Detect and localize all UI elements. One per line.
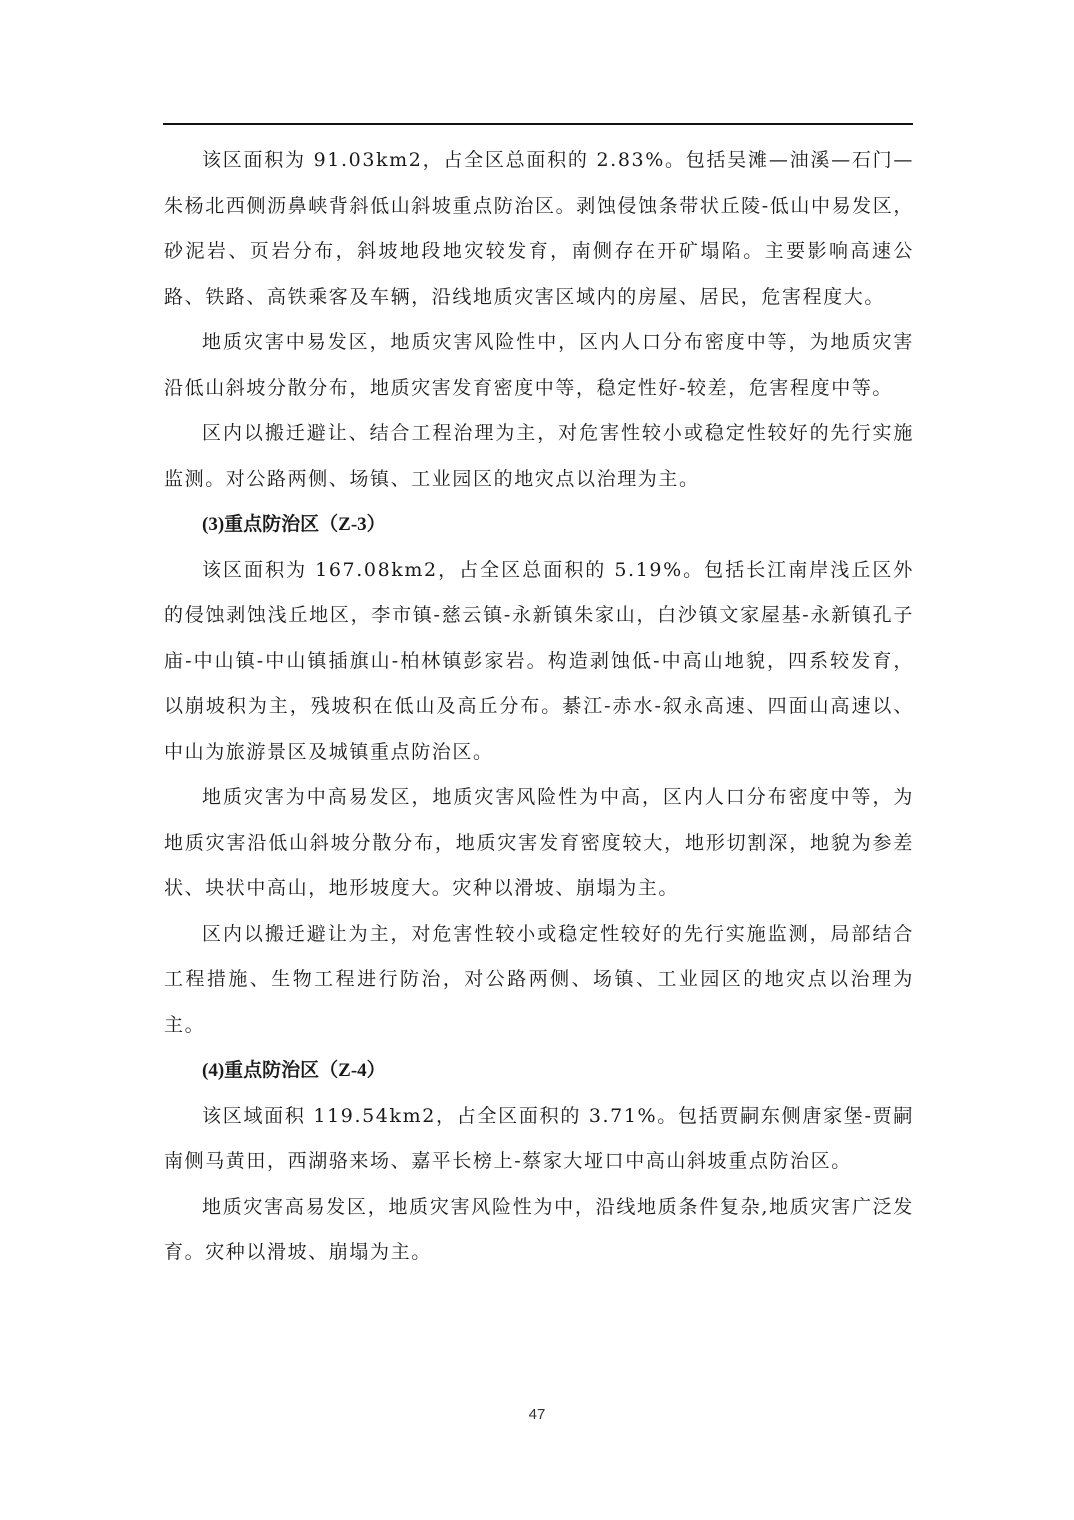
paragraph-z2-area: 该区面积为 91.03km2，占全区总面积的 2.83%。包括吴滩—油溪—石门—… (164, 138, 914, 320)
paragraph-z2-measures: 区内以搬迁避让、结合工程治理为主，对危害性较小或稳定性较好的先行实施监测。对公路… (164, 411, 914, 502)
header-rule (163, 123, 913, 125)
paragraph-z3-risk: 地质灾害为中高易发区，地质灾害风险性为中高，区内人口分布密度中等，为地质灾害沿低… (164, 775, 914, 912)
paragraph-z2-risk: 地质灾害中易发区，地质灾害风险性中，区内人口分布密度中等，为地质灾害沿低山斜坡分… (164, 320, 914, 411)
document-body: 该区面积为 91.03km2，占全区总面积的 2.83%。包括吴滩—油溪—石门—… (164, 138, 914, 1276)
section-heading-z4: (4)重点防治区（Z-4） (164, 1048, 914, 1094)
paragraph-z4-risk: 地质灾害高易发区，地质灾害风险性为中，沿线地质条件复杂,地质灾害广泛发育。灾种以… (164, 1185, 914, 1276)
paragraph-z4-area: 该区域面积 119.54km2，占全区面积的 3.71%。包括贾嗣东侧唐家堡-贾… (164, 1094, 914, 1185)
paragraph-z3-measures: 区内以搬迁避让为主，对危害性较小或稳定性较好的先行实施监测，局部结合工程措施、生… (164, 912, 914, 1049)
section-heading-z3: (3)重点防治区（Z-3） (164, 502, 914, 548)
page-number: 47 (0, 1406, 1074, 1423)
paragraph-z3-area: 该区面积为 167.08km2，占全区总面积的 5.19%。包括长江南岸浅丘区外… (164, 548, 914, 776)
